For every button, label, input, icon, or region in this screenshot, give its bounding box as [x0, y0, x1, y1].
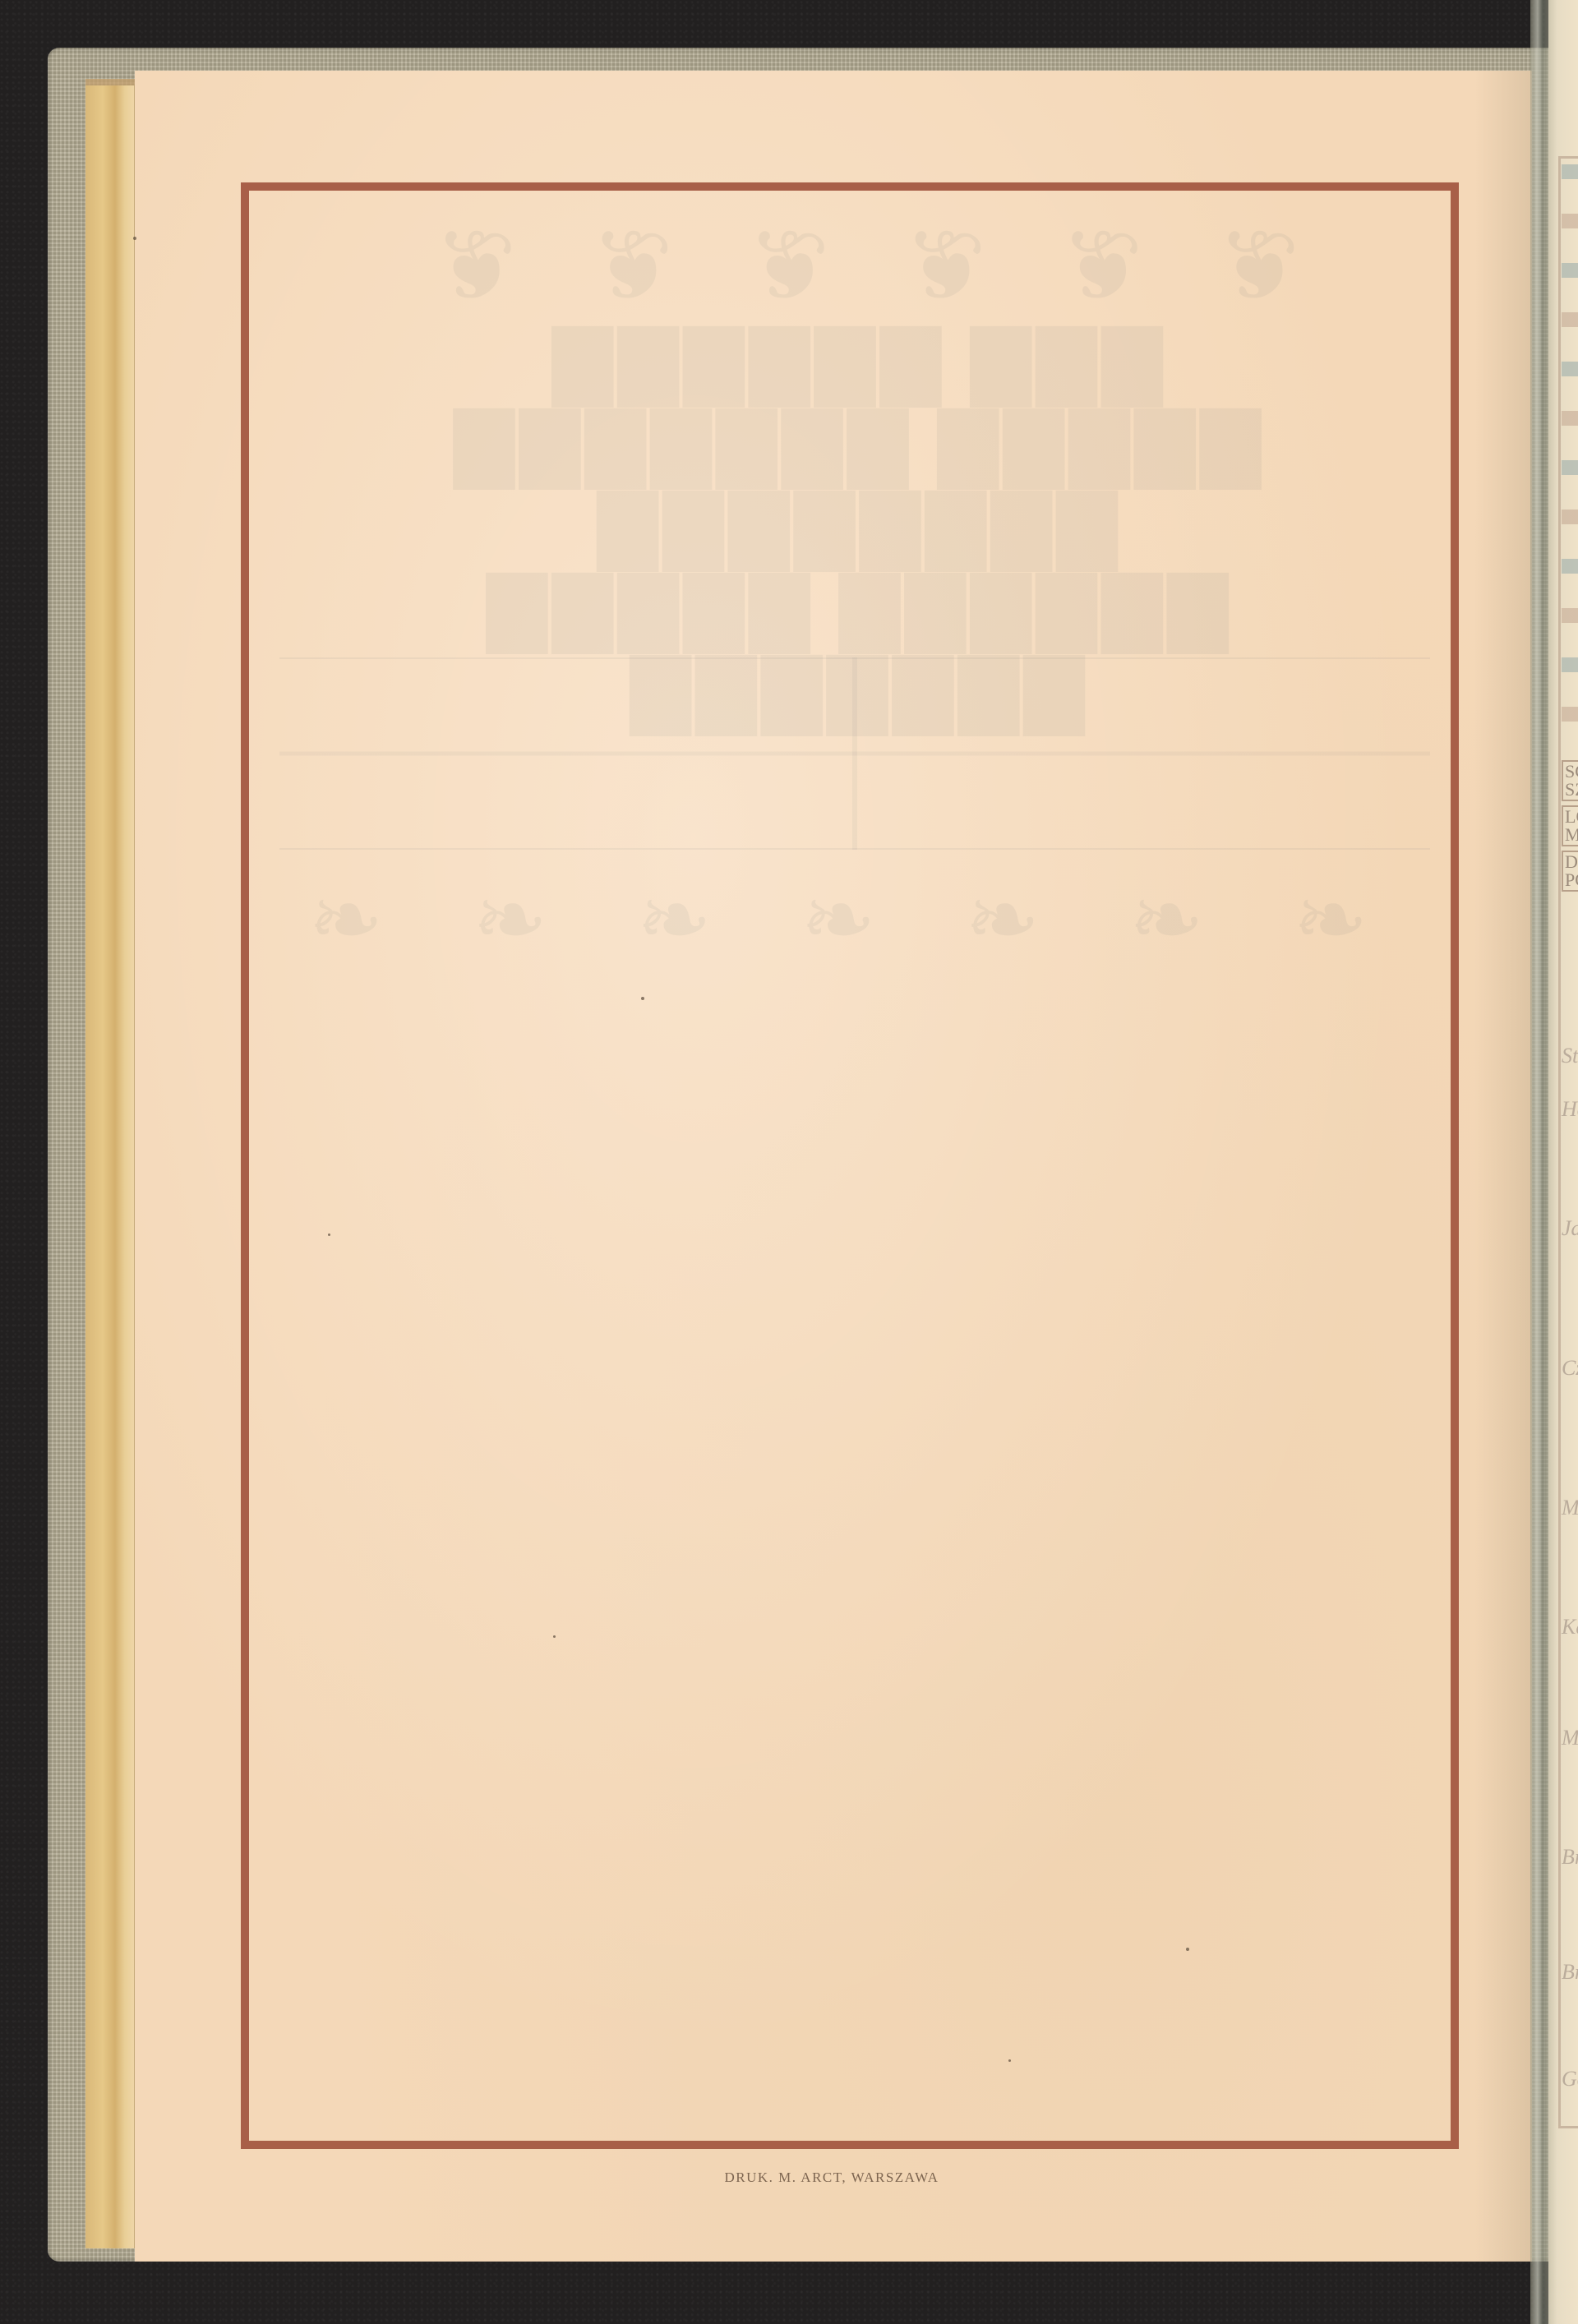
facing-page-ornament	[1562, 164, 1578, 740]
paper-speck	[133, 237, 136, 240]
facing-page-strip: SC SZ LO MI DI PO Stef Hele Jan Cze Mar …	[1548, 0, 1578, 2324]
facing-page-label: DI PO	[1562, 851, 1578, 892]
paper-speck	[641, 997, 644, 1000]
facing-page-label: SC SZ	[1562, 760, 1578, 801]
paper-speck	[1008, 2059, 1011, 2062]
gutter-shadow	[1474, 71, 1532, 2262]
facing-page-handwriting: Ger	[1562, 2067, 1578, 2091]
printed-border-frame	[241, 182, 1459, 2149]
facing-page-handwriting: Mie	[1562, 1726, 1578, 1750]
facing-page-handwriting: Bro	[1562, 1960, 1578, 1985]
facing-page-handwriting: Mar	[1562, 1496, 1578, 1520]
facing-page-label: LO MI	[1562, 805, 1578, 846]
facing-page-handwriting: Hele	[1562, 1097, 1578, 1122]
facing-page-handwriting: Stef	[1562, 1044, 1578, 1068]
paper-speck	[553, 1635, 556, 1638]
facing-page-handwriting: Cze	[1562, 1356, 1578, 1381]
paper-speck	[328, 1233, 330, 1236]
facing-page-handwriting: Kaz	[1562, 1615, 1578, 1639]
printer-imprint: DRUK. M. ARCT, WARSZAWA	[0, 2170, 1578, 2186]
facing-page-handwriting: Bro	[1562, 1845, 1578, 1870]
page-edge-stack	[85, 85, 135, 2248]
glass-holding-rod	[1530, 0, 1548, 2324]
facing-page-handwriting: Jan	[1562, 1216, 1578, 1241]
paper-speck	[1186, 1948, 1189, 1951]
